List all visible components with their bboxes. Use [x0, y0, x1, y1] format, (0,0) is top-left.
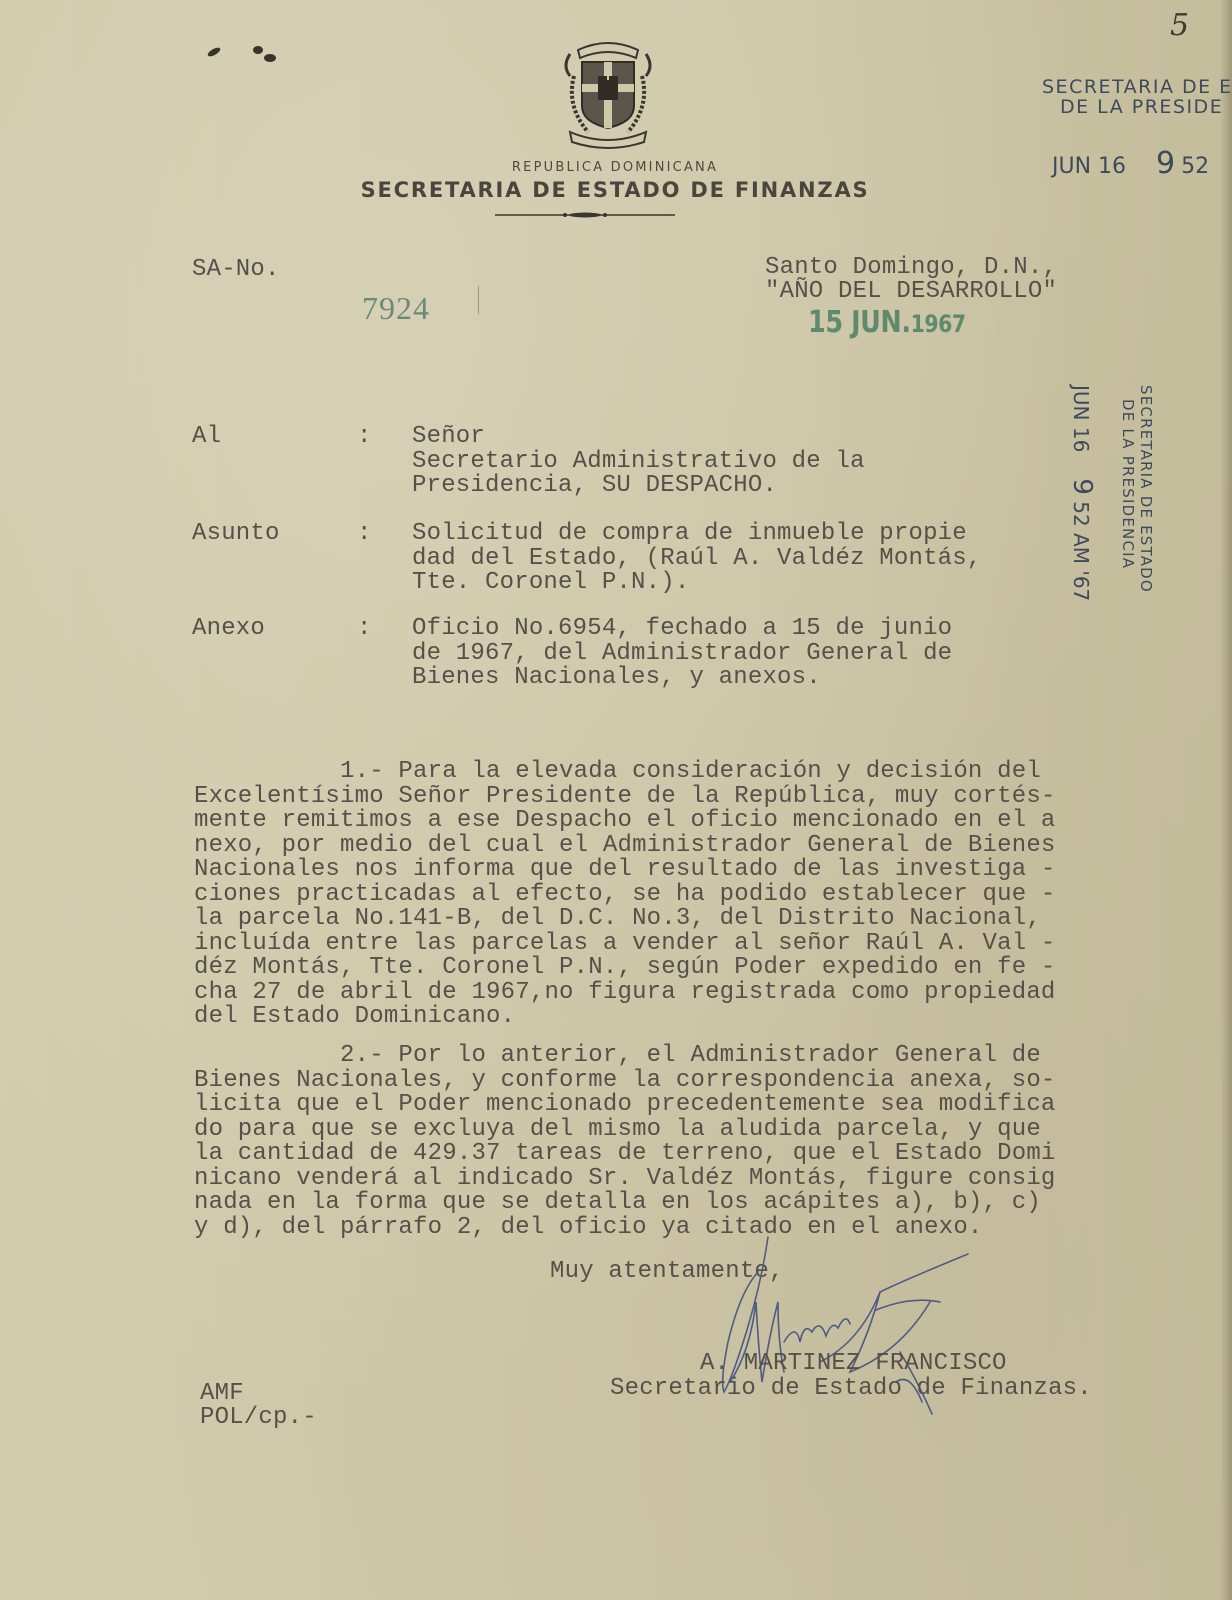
stamp-hour: 9 [1156, 146, 1175, 181]
body-line: Excelentísimo Señor Presidente de la Rep… [194, 783, 1056, 810]
field-value-anexo: Oficio No.6954, fechado a 15 de junio de… [412, 617, 952, 691]
field-line: Presidencia, SU DESPACHO. [412, 472, 777, 499]
reference-tick-mark [478, 286, 479, 314]
rot-stamp-line2: DE LA PRESIDENCIA [1119, 385, 1137, 625]
date-stamp: 15 JUN.1967 [808, 305, 966, 340]
field-value-asunto: Solicitud de compra de inmueble propie d… [412, 522, 982, 596]
rot-stamp-datetime: JUN 169 52 AM '67 [1067, 385, 1097, 625]
rot-stamp-hour: 9 [1067, 478, 1097, 495]
body-line: la parcela No.141-B, del D.C. No.3, del … [194, 905, 1041, 932]
field-value-al: Señor Secretario Administrativo de la Pr… [412, 425, 865, 499]
stamp-month-day: JUN 16 [1052, 154, 1126, 179]
rot-stamp-month-day: JUN 16 [1069, 385, 1093, 452]
letterhead-divider [495, 212, 675, 218]
date-stamp-day-month: 15 JUN. [808, 305, 911, 340]
field-label-al: Al [192, 425, 221, 450]
stamp-minute: 52 [1181, 154, 1209, 179]
page-number: 5 [1170, 8, 1189, 43]
field-colon: : [357, 522, 372, 547]
signatory-title: Secretario de Estado de Finanzas. [610, 1377, 1092, 1402]
field-line: Oficio No.6954, fechado a 15 de junio [412, 615, 952, 642]
body-line: do para que se excluya del mismo la alud… [194, 1116, 1041, 1143]
reference-initials-1: AMF [200, 1382, 244, 1407]
field-line: Secretario Administrativo de la [412, 448, 865, 475]
letterhead-ministry: SECRETARIA DE ESTADO DE FINANZAS [300, 178, 930, 202]
place: Santo Domingo, D.N., [765, 256, 1057, 281]
field-colon: : [357, 617, 372, 642]
field-line: dad del Estado, (Raúl A. Valdéz Montás, [412, 545, 982, 572]
field-label-asunto: Asunto [192, 522, 280, 547]
body-line: 1.- Para la elevada consideración y deci… [194, 758, 1041, 785]
year-motto: "AÑO DEL DESARROLLO" [765, 280, 1057, 305]
reference-label: SA-No. [192, 258, 280, 283]
body-line: cha 27 de abril de 1967,no figura regist… [194, 979, 1056, 1006]
body-line: licita que el Poder mencionado precedent… [194, 1091, 1056, 1118]
body-line: Bienes Nacionales, y conforme la corresp… [194, 1067, 1056, 1094]
body-line: la cantidad de 429.37 tareas de terreno,… [194, 1140, 1056, 1167]
field-label-anexo: Anexo [192, 617, 265, 642]
signatory-name: A. MARTINEZ FRANCISCO [700, 1352, 1007, 1377]
body-line: ciones practicadas al efecto, se ha podi… [194, 881, 1056, 908]
stamp-line1: SECRETARIA DE E [1042, 76, 1232, 98]
body-line: 2.- Por lo anterior, el Administrador Ge… [194, 1042, 1041, 1069]
field-line: Señor [412, 423, 485, 450]
body-paragraph-1: 1.- Para la elevada consideración y deci… [194, 760, 1056, 1030]
body-line: mente remitimos a ese Despacho el oficio… [194, 807, 1056, 834]
body-line: déz Montás, Tte. Coronel P.N., según Pod… [194, 954, 1056, 981]
rot-stamp-minute: 52 AM [1069, 501, 1093, 564]
rot-stamp-line1: SECRETARIA DE ESTADO [1137, 385, 1155, 625]
body-paragraph-2: 2.- Por lo anterior, el Administrador Ge… [194, 1044, 1056, 1240]
field-line: Bienes Nacionales, y anexos. [412, 664, 821, 691]
field-line: Solicitud de compra de inmueble propie [412, 520, 967, 547]
paper-edge-shadow [1220, 0, 1232, 1600]
reference-initials-2: POL/cp.- [200, 1406, 317, 1431]
field-line: Tte. Coronel P.N.). [412, 569, 689, 596]
stamp-line2: DE LA PRESIDE [1060, 96, 1223, 118]
field-line: de 1967, del Administrador General de [412, 640, 952, 667]
ink-spots-decoration [200, 38, 290, 68]
letterhead-country: REPUBLICA DOMINICANA [300, 160, 930, 175]
field-colon: : [357, 425, 372, 450]
received-stamp-rotated: SECRETARIA DE ESTADO DE LA PRESIDENCIA J… [985, 385, 1155, 625]
rot-stamp-year: '67 [1069, 570, 1093, 601]
date-stamp-year: 1967 [911, 310, 966, 338]
body-line: nicano venderá al indicado Sr. Valdéz Mo… [194, 1165, 1056, 1192]
body-line: incluída entre las parcelas a vender al … [194, 930, 1056, 957]
body-line: Nacionales nos informa que del resultado… [194, 856, 1056, 883]
reference-number: 7924 [362, 290, 430, 327]
body-line: nexo, por medio del cual el Administrado… [194, 832, 1056, 859]
body-line: nada en la forma que se detalla en los a… [194, 1189, 1041, 1216]
coat-of-arms-icon [548, 36, 668, 151]
body-line: del Estado Dominicano. [194, 1003, 515, 1030]
stamp-datetime: JUN 16952 [1052, 146, 1209, 181]
